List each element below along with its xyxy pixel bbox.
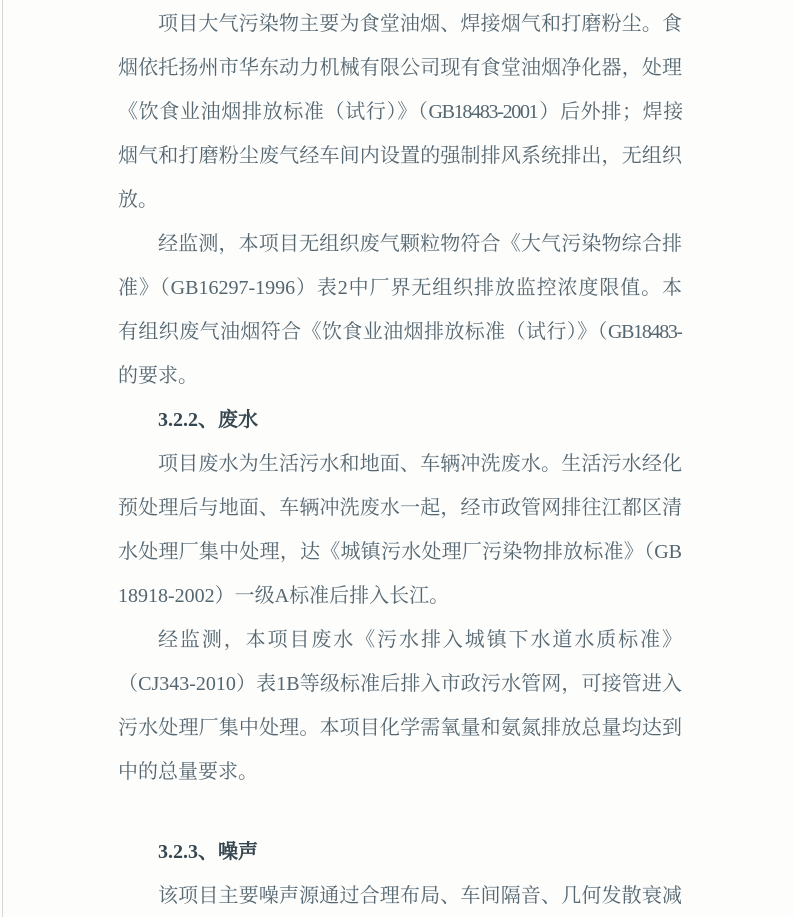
paragraph-line: 烟依托扬州市华东动力机械有限公司现有食堂油烟净化器，处理达 [118,46,682,90]
paragraph-line: 经监测，本项目无组织废气颗粒物符合《大气污染物综合排放标 [118,222,682,266]
document-page: 项目大气污染物主要为食堂油烟、焊接烟气和打磨粉尘。食堂油烟依托扬州市华东动力机械… [0,0,794,917]
document-text-block: 项目大气污染物主要为食堂油烟、焊接烟气和打磨粉尘。食堂油烟依托扬州市华东动力机械… [118,2,682,917]
paragraph-line: 《饮食业油烟排放标准（试行）》（GB18483-2001）后外排；焊接 [118,90,682,134]
paragraph-line: 污水处理厂集中处理。本项目化学需氧量和氨氮排放总量均达到批复 [118,706,682,750]
paragraph-line: 有组织废气油烟符合《饮食业油烟排放标准（试行）》（GB18483-2001） [118,310,682,354]
paragraph-spacer [118,794,682,830]
paragraph-line: 项目废水为生活污水和地面、车辆冲洗废水。生活污水经化粪池 [118,442,682,486]
paragraph-line: 烟气和打磨粉尘废气经车间内设置的强制排风系统排出，无组织排 [118,134,682,178]
paragraph-line: 预处理后与地面、车辆冲洗废水一起，经市政管网排往江都区清源污 [118,486,682,530]
section-heading: 3.2.3、噪声 [118,830,682,874]
section-heading: 3.2.2、废水 [118,398,682,442]
paragraph-line: 该项目主要噪声源通过合理布局、车间隔音、几何发散衰减等措 [118,874,682,917]
paragraph-line: 经监测，本项目废水《污水排入城镇下水道水质标准》 [118,618,682,662]
paragraph-line: （CJ343-2010）表1B等级标准后排入市政污水管网，可接管进入清源 [118,662,682,706]
page-left-edge-line [2,0,3,917]
paragraph-line: 项目大气污染物主要为食堂油烟、焊接烟气和打磨粉尘。食堂油 [118,2,682,46]
paragraph-line: 准》（GB16297-1996）表2中厂界无组织排放监控浓度限值。本项目 [118,266,682,310]
paragraph-line: 放。 [118,178,682,222]
paragraph-line: 18918-2002）一级A标准后排入长江。 [118,574,682,618]
paragraph-line: 的要求。 [118,354,682,398]
paragraph-line: 水处理厂集中处理，达《城镇污水处理厂污染物排放标准》（GB [118,530,682,574]
paragraph-line: 中的总量要求。 [118,750,682,794]
